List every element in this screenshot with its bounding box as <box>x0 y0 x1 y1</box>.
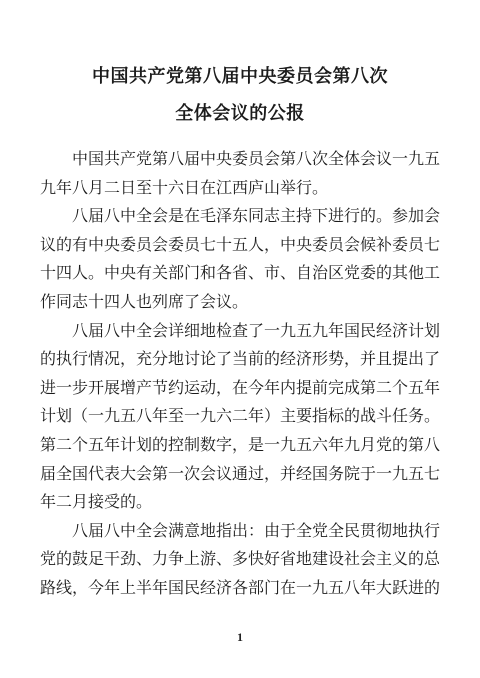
paragraph-4: 八届八中全会满意地指出：由于全党全民贯彻地执行党的鼓足干劲、力争上游、多快好省地… <box>40 518 440 604</box>
document-title-line-2: 全体会议的公报 <box>0 95 480 132</box>
document-title-line-1: 中国共产党第八届中央委员会第八次 <box>0 58 480 95</box>
document-page: 中国共产党第八届中央委员会第八次 全体会议的公报 中国共产党第八届中央委员会第八… <box>0 0 480 678</box>
paragraph-3: 八届八中全会详细地检查了一九五九年国民经济计划的执行情况，充分地讨论了当前的经济… <box>40 318 440 518</box>
document-body: 中国共产党第八届中央委员会第八次全体会议一九五九年八月二日至十六日在江西庐山举行… <box>40 146 440 604</box>
paragraph-1: 中国共产党第八届中央委员会第八次全体会议一九五九年八月二日至十六日在江西庐山举行… <box>40 146 440 203</box>
document-title: 中国共产党第八届中央委员会第八次 全体会议的公报 <box>0 0 480 132</box>
paragraph-2: 八届八中全会是在毛泽东同志主持下进行的。参加会议的有中央委员会委员七十五人，中央… <box>40 203 440 317</box>
page-number: 1 <box>0 630 480 645</box>
